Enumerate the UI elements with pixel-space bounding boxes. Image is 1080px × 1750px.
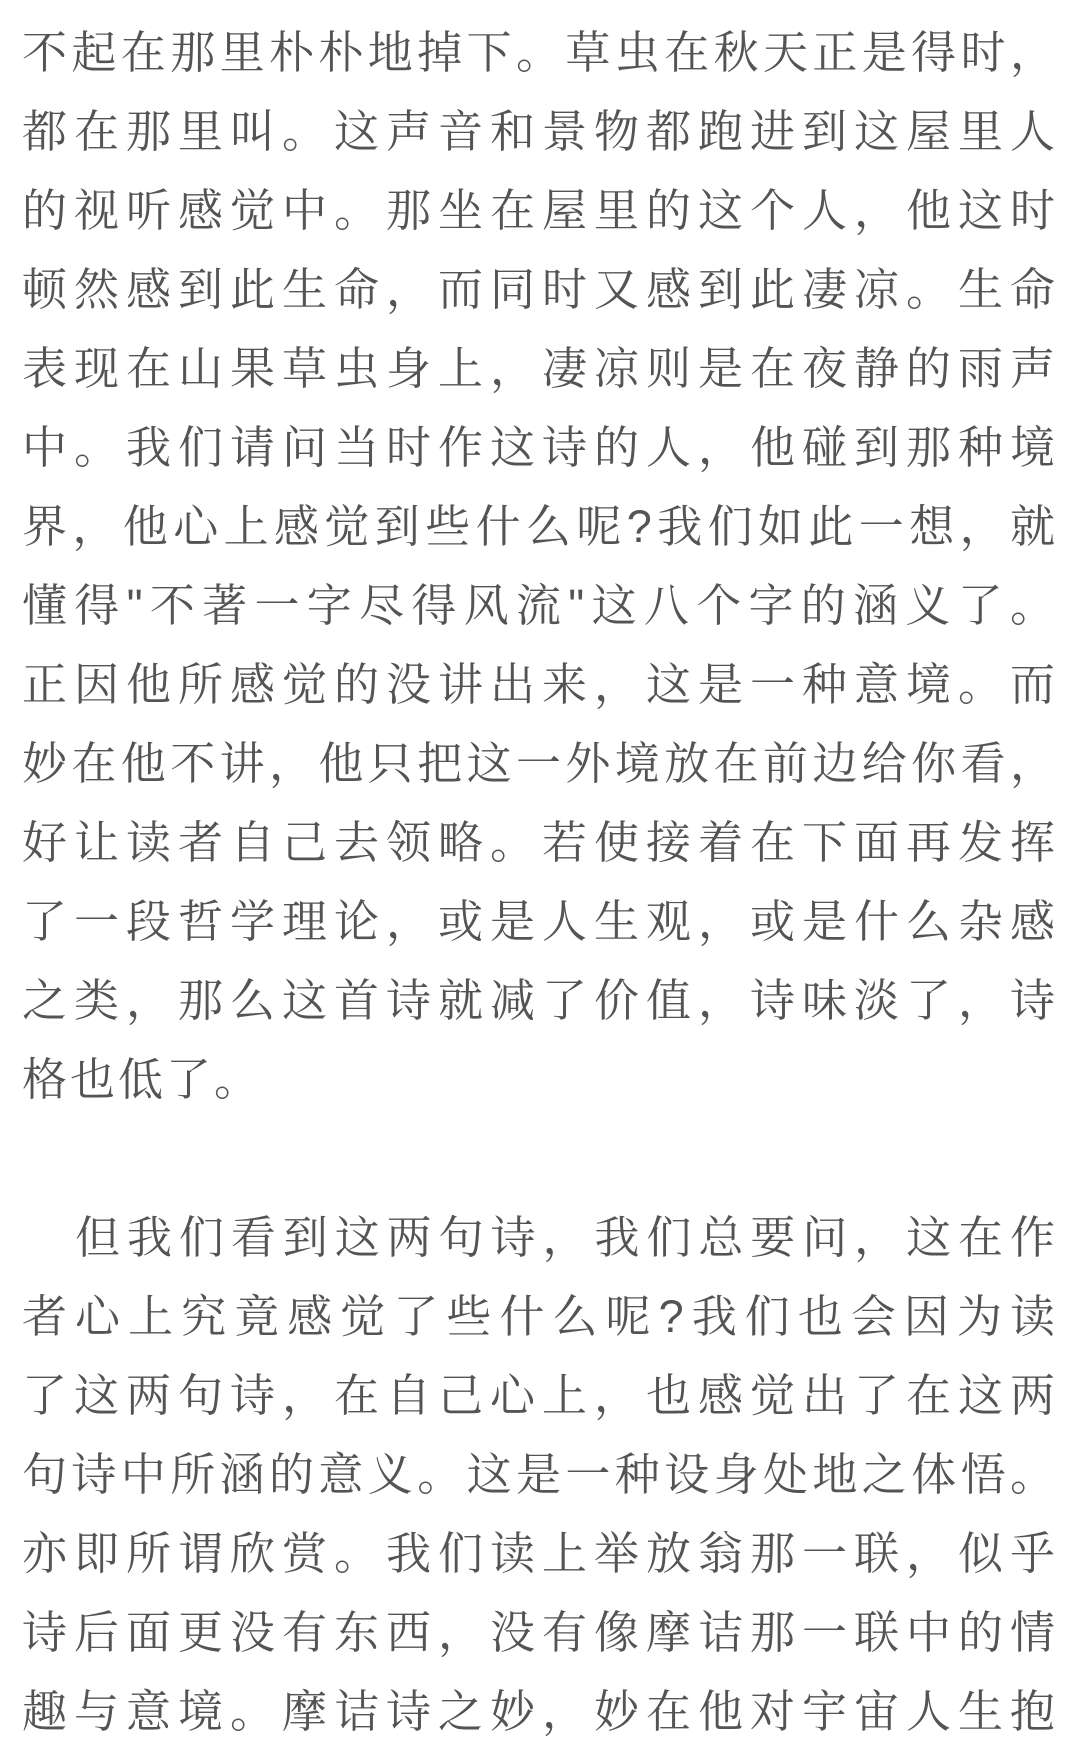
text-line: 格也低了。 xyxy=(22,1040,1058,1119)
text-line: 都在那里叫。这声音和景物都跑进到这屋里人 xyxy=(22,92,1058,171)
text-line: 的视听感觉中。那坐在屋里的这个人，他这时 xyxy=(22,171,1058,250)
paragraph: 不起在那里朴朴地掉下。草虫在秋天正是得时，都在那里叫。这声音和景物都跑进到这屋里… xyxy=(22,13,1058,1119)
reader-page: 不起在那里朴朴地掉下。草虫在秋天正是得时，都在那里叫。这声音和景物都跑进到这屋里… xyxy=(0,0,1080,1750)
text-line: 诗后面更没有东西，没有像摩诘那一联中的情 xyxy=(22,1593,1058,1672)
text-line: 表现在山果草虫身上，凄凉则是在夜静的雨声 xyxy=(22,329,1058,408)
text-line: 亦即所谓欣赏。我们读上举放翁那一联，似乎 xyxy=(22,1514,1058,1593)
text-line: 趣与意境。摩诘诗之妙，妙在他对宇宙人生抱 xyxy=(22,1672,1058,1750)
text-line: 顿然感到此生命，而同时又感到此凄凉。生命 xyxy=(22,250,1058,329)
paragraph: 但我们看到这两句诗，我们总要问，这在作者心上究竟感觉了些什么呢?我们也会因为读了… xyxy=(22,1198,1058,1750)
text-line: 懂得"不著一字尽得风流"这八个字的涵义了。 xyxy=(22,566,1058,645)
text-line: 中。我们请问当时作这诗的人，他碰到那种境 xyxy=(22,408,1058,487)
text-line: 但我们看到这两句诗，我们总要问，这在作 xyxy=(22,1198,1058,1277)
text-line: 妙在他不讲，他只把这一外境放在前边给你看， xyxy=(22,724,1058,803)
text-line: 了一段哲学理论，或是人生观，或是什么杂感 xyxy=(22,882,1058,961)
text-line: 者心上究竟感觉了些什么呢?我们也会因为读 xyxy=(22,1277,1058,1356)
text-line: 句诗中所涵的意义。这是一种设身处地之体悟。 xyxy=(22,1435,1058,1514)
text-line: 界，他心上感觉到些什么呢?我们如此一想，就 xyxy=(22,487,1058,566)
text-line: 正因他所感觉的没讲出来，这是一种意境。而 xyxy=(22,645,1058,724)
text-line: 不起在那里朴朴地掉下。草虫在秋天正是得时， xyxy=(22,13,1058,92)
text-line: 了这两句诗，在自己心上，也感觉出了在这两 xyxy=(22,1356,1058,1435)
text-line: 好让读者自己去领略。若使接着在下面再发挥 xyxy=(22,803,1058,882)
text-line: 之类，那么这首诗就减了价值，诗味淡了，诗 xyxy=(22,961,1058,1040)
